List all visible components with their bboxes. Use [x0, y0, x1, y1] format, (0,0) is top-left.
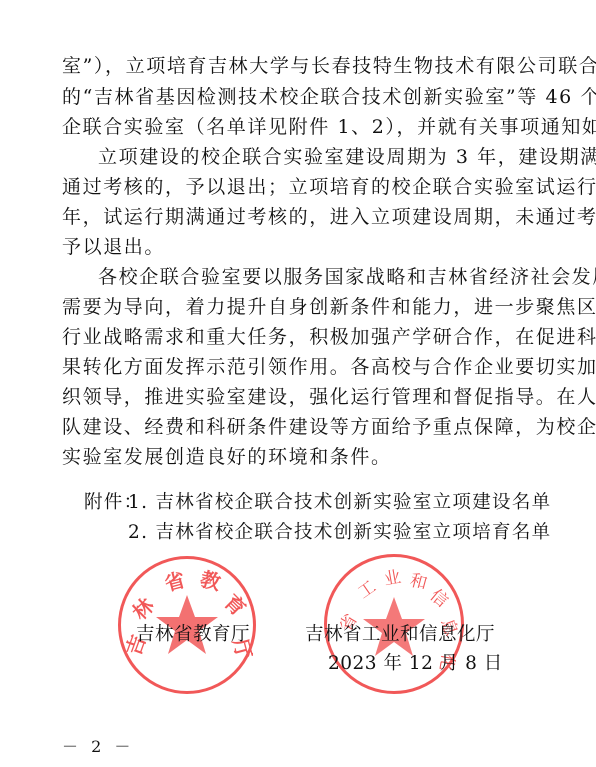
page-number: － 2 －: [62, 734, 134, 757]
body-line: 通过考核的，予以退出；立项培育的校企联合实验室试运行期 1: [62, 176, 526, 198]
attachment-item-1: 1. 吉林省校企联合技术创新实验室立项建设名单: [128, 492, 551, 514]
body-line: 队建设、经费和科研条件建设等方面给予重点保障，为校企联合: [62, 416, 526, 438]
svg-text:教: 教: [198, 567, 224, 596]
svg-text:业: 业: [382, 567, 402, 590]
body-line: 立项建设的校企联合实验室建设周期为 3 年，建设期满，未: [98, 146, 526, 168]
body-line: 织领导，推进实验室建设，强化运行管理和督促指导。在人才团: [62, 386, 526, 408]
body-line: 行业战略需求和重大任务，积极加强产学研合作，在促进科技成: [62, 326, 526, 348]
svg-text:和: 和: [408, 571, 430, 595]
svg-text:育: 育: [219, 590, 250, 621]
body-line: 予以退出。: [62, 236, 526, 258]
signature-date: 2023 年 12 月 8 日: [328, 653, 503, 675]
body-line: 实验室发展创造良好的环境和条件。: [62, 446, 526, 468]
body-line: 企联合实验室（名单详见附件 1、2），并就有关事项通知如下。: [62, 116, 526, 138]
body-line: 年，试运行期满通过考核的，进入立项建设周期，未通过考核的，: [62, 206, 526, 228]
document-page: 室”），立项培育吉林大学与长春技特生物技术有限公司联合共建 的“吉林省基因检测技…: [0, 0, 596, 767]
signature-education-department: 吉林省教育厅: [136, 624, 250, 646]
svg-text:省: 省: [162, 567, 188, 595]
attachment-item-2: 2. 吉林省校企联合技术创新实验室立项培育名单: [128, 522, 551, 544]
signature-industry-department: 吉林省工业和信息化厅: [305, 624, 495, 646]
svg-text:林: 林: [128, 593, 160, 625]
body-line: 需要为导向，着力提升自身创新条件和能力，进一步聚焦区域、: [62, 296, 526, 318]
svg-text:工: 工: [354, 577, 379, 603]
svg-text:信: 信: [426, 586, 452, 612]
body-line: 的“吉林省基因检测技术校企联合技术创新实验室”等 46 个校: [62, 86, 526, 108]
body-line: 果转化方面发挥示范引领作用。各高校与合作企业要切实加强组: [62, 356, 526, 378]
body-line: 室”），立项培育吉林大学与长春技特生物技术有限公司联合共建: [62, 55, 526, 77]
body-line: 各校企联合验室要以服务国家战略和吉林省经济社会发展: [98, 266, 526, 288]
